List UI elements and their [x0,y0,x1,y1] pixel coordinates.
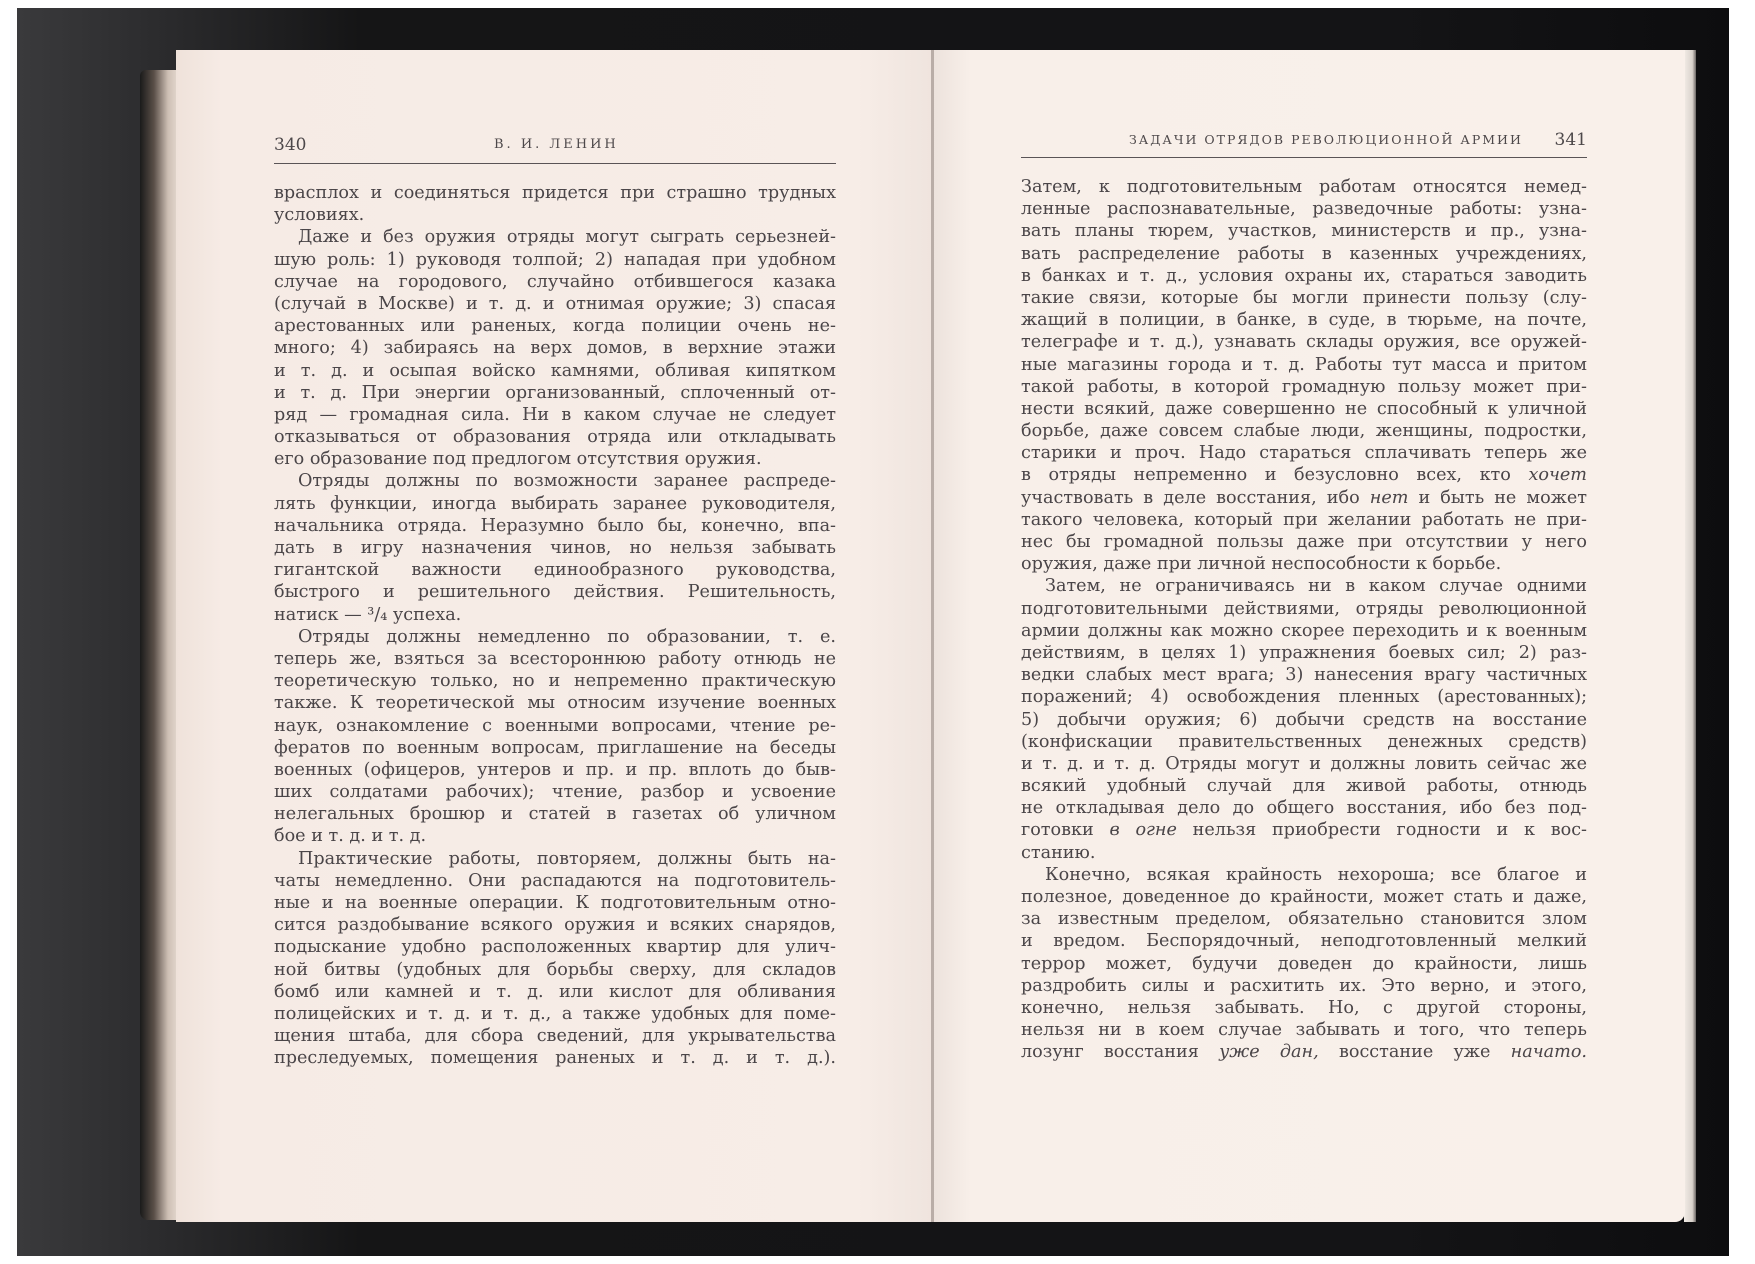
left-running-head: 340 В. И. ЛЕНИН [274,135,838,159]
text-line: террор может, будучи доведен до крайност… [1021,953,1587,975]
text-line: в банках и т. д., условия охраны их, ста… [1021,265,1587,287]
text-line: наук, ознакомление с военными вопросами,… [274,715,836,737]
text-line: щения штаба, для сбора сведений, для укр… [274,1025,836,1047]
text-line: натиск — ³/₄ успеха. [274,604,836,626]
scan-margin-bottom [0,1256,1755,1264]
text-line: Затем, не ограничиваясь ни в каком случа… [1021,575,1587,597]
text-line: много; 4) забираясь на верх домов, в вер… [274,337,836,359]
text-line: случае на городового, случайно отбившего… [274,271,836,293]
text-line: действиям, в целях 1) упражнения боевых … [1021,642,1587,664]
text-line: такого человека, который при желании раб… [1021,509,1587,531]
text-line: полезное, доведенное до крайности, может… [1021,886,1587,908]
text-line: подыскание удобно расположенных квартир … [274,936,836,958]
text-line: телеграфе и т. д.), узнавать склады оруж… [1021,331,1587,353]
text-line: полицейских и т. д. и т. д., а также удо… [274,1003,836,1025]
text-line: старики и проч. Надо стараться сплачиват… [1021,442,1587,464]
text-line: Затем, к подготовительным работам относя… [1021,176,1587,198]
text-line: бомб или камней и т. д. или кислот для о… [274,981,836,1003]
text-line: 5) добычи оружия; 6) добычи средств на в… [1021,709,1587,731]
text-line: шую роль: 1) руководя толпой; 2) нападая… [274,249,836,271]
text-line: (случай в Москве) и т. д. и отнимая оруж… [274,293,836,315]
text-line: быстрого и решительного действия. Решите… [274,581,836,603]
text-line: вать распределение работы в казенных учр… [1021,243,1587,265]
text-line: и т. д. и т. д. Отряды могут и должны ло… [1021,753,1587,775]
text-line: вать планы тюрем, участков, министерств … [1021,220,1587,242]
text-line: нес бы громадной пользы даже при отсутст… [1021,531,1587,553]
text-line: его образование под предлогом отсутствия… [274,448,836,470]
text-line: ших солдатами рабочих); чтение, разбор и… [274,781,836,803]
emphasis: начато. [1511,1042,1587,1062]
text-line: ные магазины города и т. д. Работы тут м… [1021,354,1587,376]
text-line: преследуемых, помещения раненых и т. д. … [274,1047,836,1069]
text-line: не откладывая дело до общего восстания, … [1021,797,1587,819]
left-page-number: 340 [274,135,306,155]
text-line: нелегальных брошюр и статей в газетах об… [274,803,836,825]
text-line: нельзя ни в коем случае забывать и того,… [1021,1019,1587,1041]
text-line: лять функции, иногда выбирать заранее ру… [274,493,836,515]
text-line: станию. [1021,842,1587,864]
text-line: раздробить силы и расхитить их. Это верн… [1021,975,1587,997]
text-line: участвовать в деле восстания, ибо нет и … [1021,487,1587,509]
text-line: ленные распознавательные, разведочные ра… [1021,198,1587,220]
text-line: ные и на военные операции. К подготовите… [274,892,836,914]
text-line: Конечно, всякая крайность нехороша; все … [1021,864,1587,886]
right-running-head: ЗАДАЧИ ОТРЯДОВ РЕВОЛЮЦИОННОЙ АРМИИ 341 [1021,130,1587,154]
text-line: Отряды должны немедленно по образовании,… [274,626,836,648]
text-line: отказываться от образования отряда или о… [274,426,836,448]
right-running-title: ЗАДАЧИ ОТРЯДОВ РЕВОЛЮЦИОННОЙ АРМИИ [1129,132,1523,147]
left-running-title: В. И. ЛЕНИН [494,137,619,152]
text-line: жащий в полиции, в банке, в суде, в тюрь… [1021,309,1587,331]
text-line: и т. д. При энергии организованный, спло… [274,382,836,404]
text-line: такие связи, которые бы могли принести п… [1021,287,1587,309]
text-line: за известным пределом, обязательно стано… [1021,908,1587,930]
scan-margin-right [1729,0,1755,1264]
text-line: Отряды должны по возможности заранее рас… [274,470,836,492]
text-line: врасплох и соединяться придется при стра… [274,182,836,204]
text-line: поражений; 4) освобождения пленных (арес… [1021,686,1587,708]
emphasis: хочет [1528,465,1587,485]
text-line: нести всякий, даже совершенно не способн… [1021,398,1587,420]
text-line: борьбе, даже совсем слабые люди, женщины… [1021,420,1587,442]
text-line: всякий удобный случай для живой работы, … [1021,775,1587,797]
text-line: готовки в огне нельзя приобрести годност… [1021,819,1587,841]
text-line: фератов по военным вопросам, приглашение… [274,737,836,759]
right-header-rule [1021,157,1587,158]
text-line: ряд — громадная сила. Ни в каком случае … [274,404,836,426]
book-gutter [931,50,934,1222]
text-line: арестованных или раненых, когда полиции … [274,315,836,337]
right-page-number: 341 [1555,130,1587,150]
text-line: военных (офицеров, унтеров и пр. и пр. в… [274,759,836,781]
emphasis: в огне [1109,820,1176,840]
text-line: сится раздобывание всякого оружия и всяк… [274,914,836,936]
text-line: бое и т. д. и т. д. [274,825,836,847]
text-line: оружия, даже при личной неспособности к … [1021,553,1587,575]
text-line: конечно, нельзя забывать. Но, с другой с… [1021,997,1587,1019]
right-page-text: Затем, к подготовительным работам относя… [1021,176,1587,1064]
text-line: такой работы, в которой громадную пользу… [1021,376,1587,398]
text-line: Даже и без оружия отряды могут сыграть с… [274,226,836,248]
text-line: Практические работы, повторяем, должны б… [274,848,836,870]
text-line: условиях. [274,204,836,226]
text-line: теперь же, взяться за всестороннюю работ… [274,648,836,670]
text-line: (конфискации правительственных денежных … [1021,731,1587,753]
text-line: в отряды непременно и безусловно всех, к… [1021,464,1587,486]
text-line: и т. д. и осыпая войско камнями, обливая… [274,360,836,382]
page-stack-right [1684,50,1696,1222]
text-line: армии должны как можно скорее переходить… [1021,620,1587,642]
text-line: подготовительными действиями, отряды рев… [1021,598,1587,620]
text-line: чаты немедленно. Они распадаются на подг… [274,870,836,892]
text-line: теоретическую только, но и непременно пр… [274,670,836,692]
text-line: и вредом. Беспорядочный, неподготовленны… [1021,930,1587,952]
text-line: ведки слабых мест врага; 3) нанесения вр… [1021,664,1587,686]
left-page-text: врасплох и соединяться придется при стра… [274,182,836,1070]
text-line: лозунг восстания уже дан, восстание уже … [1021,1041,1587,1063]
text-line: начальника отряда. Неразумно было бы, ко… [274,515,836,537]
text-line: также. К теоретической мы относим изучен… [274,692,836,714]
text-line: дать в игру назначения чинов, но нельзя … [274,537,836,559]
text-line: ной битвы (удобных для борьбы сверху, дл… [274,959,836,981]
emphasis: нет [1370,488,1409,508]
left-header-rule [274,163,836,164]
text-line: гигантской важности единообразного руков… [274,559,836,581]
page-stack-left [140,70,180,1220]
emphasis: уже дан, [1219,1042,1319,1062]
